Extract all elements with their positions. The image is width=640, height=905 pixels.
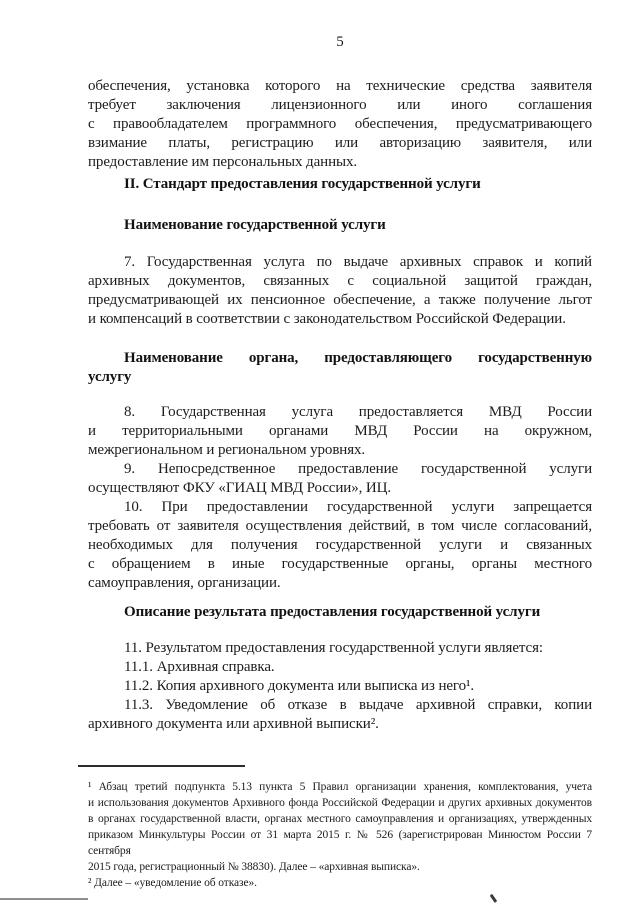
paragraph-11: 11. Результатом предоставления государст… bbox=[88, 639, 592, 658]
paragraph-10-line-3: необходимых для получения государственно… bbox=[88, 536, 592, 555]
heading-authority-name: Наименование органа, предоставляющего го… bbox=[88, 349, 592, 387]
paragraph-7: 7. Государственная услуга по выдаче архи… bbox=[88, 253, 592, 329]
footnote-1-line-2: и использования документов Архивного фон… bbox=[88, 795, 592, 811]
footnote-1-line-1: ¹ Абзац третий подпункта 5.13 пункта 5 П… bbox=[88, 779, 592, 795]
paragraph-7-line-1: 7. Государственная услуга по выдаче архи… bbox=[88, 253, 592, 272]
heading-service-name-line-1: Наименование государственной услуги bbox=[88, 216, 592, 235]
page-number: 5 bbox=[88, 33, 592, 52]
paragraph-7-line-3: предусматривающей их пенсионное обеспече… bbox=[88, 291, 592, 310]
paragraph-7-line-4: и компенсаций в соответствии с законодат… bbox=[88, 310, 592, 329]
paragraph-10-line-1: 10. При предоставлении государственной у… bbox=[88, 498, 592, 517]
paragraph-intro-continuation-line-1: обеспечения, установка которого на техни… bbox=[88, 77, 592, 96]
heading-authority-name-line-1: Наименование органа, предоставляющего го… bbox=[88, 349, 592, 368]
paragraph-8-line-2: и территориальными органами МВД России н… bbox=[88, 422, 592, 441]
document-body: обеспечения, установка которого на техни… bbox=[88, 77, 592, 734]
document-page: 5 обеспечения, установка которого на тех… bbox=[0, 0, 640, 905]
footnote-separator bbox=[78, 765, 245, 767]
paragraph-11-2-line-1: 11.2. Копия архивного документа или выпи… bbox=[88, 677, 592, 696]
paragraph-11-1-line-1: 11.1. Архивная справка. bbox=[88, 658, 592, 677]
scan-artifact-line bbox=[0, 898, 88, 900]
paragraph-10: 10. При предоставлении государственной у… bbox=[88, 498, 592, 593]
footnote-2-line-1: ² Далее – «уведомление об отказе». bbox=[88, 875, 592, 891]
paragraph-intro-continuation: обеспечения, установка которого на техни… bbox=[88, 77, 592, 172]
paragraph-10-line-5: самоуправления, организации. bbox=[88, 574, 592, 593]
paragraph-intro-continuation-line-4: взимание платы, регистрацию или авториза… bbox=[88, 134, 592, 153]
heading-section-ii-standard: II. Стандарт предоставления государствен… bbox=[88, 175, 592, 194]
heading-service-name: Наименование государственной услуги bbox=[88, 216, 592, 235]
paragraph-intro-continuation-line-3: с правообладателем программного обеспече… bbox=[88, 115, 592, 134]
paragraph-11-2: 11.2. Копия архивного документа или выпи… bbox=[88, 677, 592, 696]
heading-result-description-line-1: Описание результата предоставления госуд… bbox=[88, 603, 592, 622]
paragraph-8-line-1: 8. Государственная услуга предоставляетс… bbox=[88, 403, 592, 422]
paragraph-intro-continuation-line-5: предоставление им персональных данных. bbox=[88, 153, 592, 172]
paragraph-7-line-2: архивных документов, связанных с социаль… bbox=[88, 272, 592, 291]
heading-result-description: Описание результата предоставления госуд… bbox=[88, 603, 592, 622]
paragraph-11-3-line-2: архивного документа или архивной выписки… bbox=[88, 715, 592, 734]
paragraph-11-3-line-1: 11.3. Уведомление об отказе в выдаче арх… bbox=[88, 696, 592, 715]
paragraph-8: 8. Государственная услуга предоставляетс… bbox=[88, 403, 592, 460]
paragraph-9-line-2: осуществляют ФКУ «ГИАЦ МВД России», ИЦ. bbox=[88, 479, 592, 498]
paragraph-11-3: 11.3. Уведомление об отказе в выдаче арх… bbox=[88, 696, 592, 734]
heading-section-ii-standard-line-1: II. Стандарт предоставления государствен… bbox=[88, 175, 592, 194]
footnote-1: ¹ Абзац третий подпункта 5.13 пункта 5 П… bbox=[88, 779, 592, 875]
paragraph-11-line-1: 11. Результатом предоставления государст… bbox=[88, 639, 592, 658]
paragraph-10-line-2: требовать от заявителя осуществления дей… bbox=[88, 517, 592, 536]
footnote-1-line-4: приказом Минкультуры России от 31 марта … bbox=[88, 827, 592, 859]
scan-artifact-pen-mark bbox=[490, 894, 497, 903]
paragraph-11-1: 11.1. Архивная справка. bbox=[88, 658, 592, 677]
footnote-1-line-5: 2015 года, регистрационный № 38830). Дал… bbox=[88, 859, 592, 875]
paragraph-8-line-3: межрегиональном и региональном уровнях. bbox=[88, 441, 592, 460]
paragraph-10-line-4: с обращением в иные государственные орга… bbox=[88, 555, 592, 574]
footnotes-section: ¹ Абзац третий подпункта 5.13 пункта 5 П… bbox=[88, 779, 592, 891]
heading-authority-name-line-2: услугу bbox=[88, 368, 592, 387]
document-content: 5 обеспечения, установка которого на тех… bbox=[88, 0, 592, 891]
paragraph-9-line-1: 9. Непосредственное предоставление госуд… bbox=[88, 460, 592, 479]
paragraph-9: 9. Непосредственное предоставление госуд… bbox=[88, 460, 592, 498]
footnote-1-line-3: в органах государственной власти, органа… bbox=[88, 811, 592, 827]
paragraph-intro-continuation-line-2: требует заключения лицензионного или ино… bbox=[88, 96, 592, 115]
footnote-2: ² Далее – «уведомление об отказе». bbox=[88, 875, 592, 891]
